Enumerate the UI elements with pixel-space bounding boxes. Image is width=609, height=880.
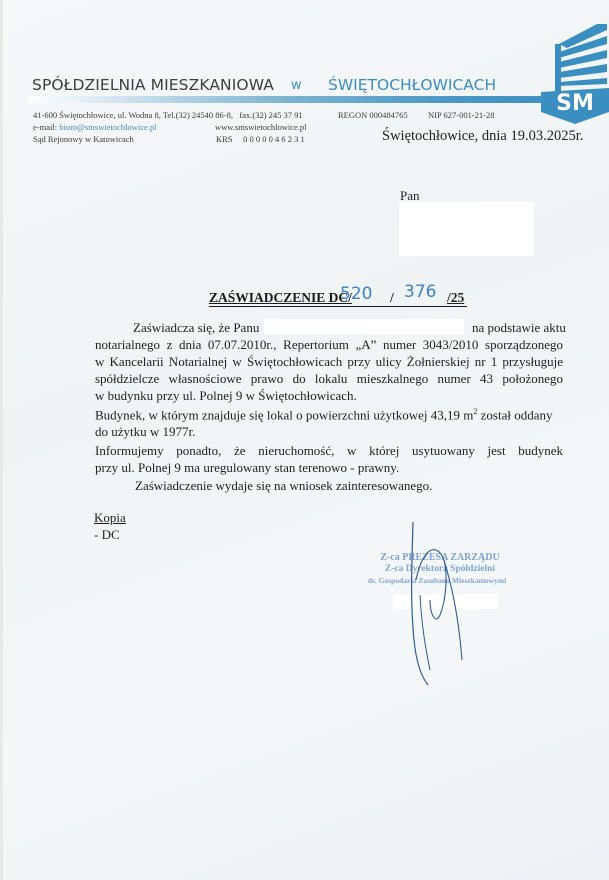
email-link[interactable]: biuro@smswietochlowice.pl <box>59 122 156 132</box>
sm-logo-icon: SM <box>541 22 609 124</box>
body-p1-line4: spółdzielcze własnościowe prawo do lokal… <box>95 371 563 387</box>
regon-number: REGON 000484765 <box>338 109 408 121</box>
addressee-salutation: Pan <box>400 188 432 203</box>
copy-recipient: - DC <box>94 527 120 543</box>
body-p1-line1-end: na podstawie aktu <box>472 320 566 336</box>
copy-label: Kopia <box>94 510 126 526</box>
org-name: SPÓŁDZIELNIA MIESZKANIOWA <box>32 76 274 94</box>
krs-number: KRS 0 0 0 0 0 4 6 2 3 1 <box>216 133 305 145</box>
handwritten-number-1: 520 <box>340 284 372 304</box>
fax-number: fax.(32) 245 37 91 <box>239 110 302 120</box>
address-line: 41-600 Świętochłowice, ul. Wodna 8, Tel.… <box>33 109 303 121</box>
org-connector: w <box>291 78 302 93</box>
scan-edge <box>0 0 3 880</box>
date-line: Świętochłowice, dnia 19.03.2025r. <box>382 128 583 145</box>
title-separator: / <box>390 290 394 306</box>
website-link[interactable]: www.smswietochlowice.pl <box>215 121 307 133</box>
body-p1-line2: notarialnego z dnia 07.07.2010r., Repert… <box>95 337 563 353</box>
title-suffix: /25 <box>447 290 464 306</box>
handwritten-number-2: 376 <box>404 282 436 302</box>
nip-number: NIP 627-001-21-28 <box>428 109 495 121</box>
body-p1-line3: w Kancelarii Notarialnej w Świętochłowic… <box>95 354 563 370</box>
email-line: e-mail: biuro@smswietochlowice.pl <box>33 121 157 133</box>
redaction-box-name <box>264 319 464 334</box>
body-p1-line1-start: Zaświadcza się, że Panu <box>133 320 259 336</box>
body-p1-line5: w budynku przy ul. Polnej 9 w Świętochło… <box>95 388 357 404</box>
org-city: ŚWIĘTOCHŁOWICACH <box>328 76 496 94</box>
body-p2-line1: Budynek, w którym znajduje się lokal o p… <box>95 407 552 423</box>
document-title: ZAŚWIADCZENIE DC/ <box>209 290 352 306</box>
document-page: SPÓŁDZIELNIA MIESZKANIOWA w ŚWIĘTOCHŁOWI… <box>0 0 609 880</box>
svg-text:SM: SM <box>556 91 594 116</box>
title-underline <box>209 306 467 307</box>
court-registry: Sąd Rejonowy w Katowicach <box>33 133 134 145</box>
body-p4-line1: Zaświadczenie wydaje się na wniosek zain… <box>135 478 432 494</box>
redaction-box-address <box>399 202 534 256</box>
signature-icon <box>400 520 480 690</box>
body-p3-line1: Informujemy ponadto, że nieruchomość, w … <box>95 443 563 459</box>
body-p2-line2: do użytku w 1977r. <box>95 424 195 440</box>
brand-bar <box>28 96 588 103</box>
body-p3-line2: przy ul. Polnej 9 ma uregulowany stan te… <box>95 460 399 476</box>
